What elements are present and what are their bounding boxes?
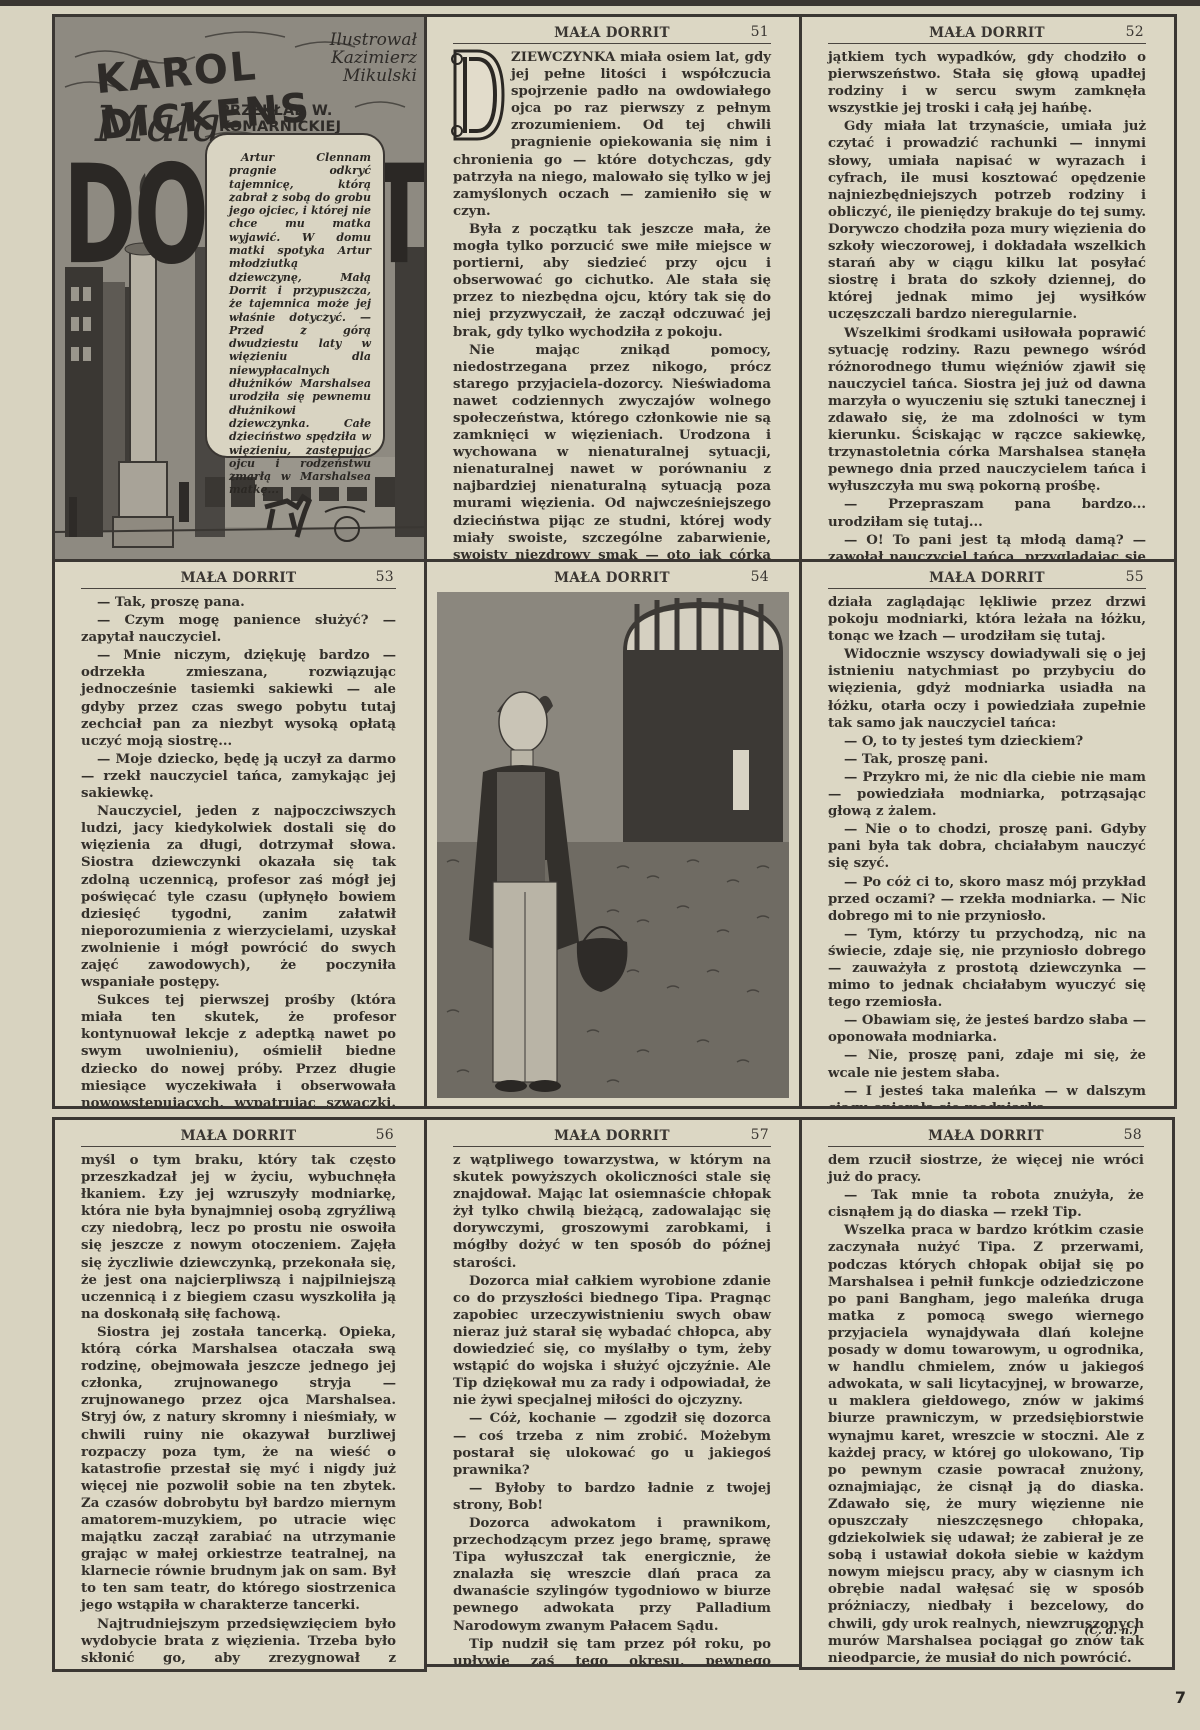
panel-58: MAŁA DORRIT 58 dem rzucił siostrze, że w… [799,1117,1175,1670]
paragraph: Najtrudniejszym przedsięwzięciem było wy… [81,1616,396,1672]
panel-number: 58 [1124,1127,1142,1143]
panel-header: MAŁA DORRIT 51 [453,23,771,44]
paragraph: Sukces tej pierwszej prośby (która miała… [81,992,396,1109]
paragraph: — O, to ty jesteś tym dzieckiem? [828,733,1146,750]
paragraph: — Nie o to chodzi, proszę pani. Gdyby pa… [828,821,1146,872]
paragraph: — Tak mnie ta robota znużyła, że cisnąłe… [828,1187,1144,1221]
drop-cap-d [449,47,501,139]
paragraph: Tip nudził się tam przez pół roku, po up… [453,1636,771,1667]
paragraph: — Cóż, kochanie — zgodził się dozorca — … [453,1410,771,1478]
paragraph: — Tak, proszę pani. [828,751,1146,768]
panel-text: działa zaglądając lękliwie przez drzwi p… [828,594,1146,1109]
paragraph: — Byłoby to bardzo ładnie z twojej stron… [453,1480,771,1514]
panel-number: 52 [1126,24,1144,40]
paragraph: — Po cóż ci to, skoro masz mój przykład … [828,874,1146,925]
paragraph: Wszelkimi środkami usiłowała poprawić sy… [828,325,1146,496]
synopsis-box: Artur Clennam pragnie odkryć tajemnicę, … [205,133,385,458]
to-be-continued: (C. d. n.) [1084,1624,1138,1637]
paragraph: — Moje dziecko, będę ją uczył za darmo —… [81,751,396,802]
panel-54: MAŁA DORRIT 54 [424,559,802,1109]
running-title: MAŁA DORRIT [453,25,771,41]
paragraph: — Tym, którzy tu przychodzą, nic na świe… [828,926,1146,1011]
paragraph: Gdy miała lat trzynaście, umiała już czy… [828,118,1146,323]
paragraph: Dozorca adwokatom i prawnikom, przechodz… [453,1515,771,1635]
paragraph: Nauczyciel, jeden z najpoczciwszych ludz… [81,803,396,991]
paragraph: jątkiem tych wypadków, gdy chodziło o pi… [828,49,1146,117]
panel-header: MAŁA DORRIT 53 [81,568,396,589]
panel-header: MAŁA DORRIT 54 [453,568,771,588]
paragraph: z wątpliwego towarzystwa, w którym na sk… [453,1152,771,1272]
paragraph: — Nie, proszę pani, zdaje mi się, że wca… [828,1047,1146,1081]
paragraph: Dozorca miał całkiem wyrobione zdanie co… [453,1273,771,1410]
panel-header: MAŁA DORRIT 55 [828,568,1146,589]
illustrator-line-2: Kazimierz [317,49,417,67]
panel-number: 53 [376,569,394,585]
panel-text: ZIEWCZYNKA miała osiem lat, gdy jej pełn… [453,49,771,562]
tip-illustration [437,592,789,1098]
running-title: MAŁA DORRIT [453,570,771,586]
illustrator-credit: Ilustrował Kazimierz Mikulski [317,31,417,85]
running-title: MAŁA DORRIT [453,1128,771,1144]
panel-number: 54 [751,569,769,585]
paragraph: — Tak, proszę pana. [81,594,396,611]
paragraph: Wszelka praca w bardzo krótkim czasie za… [828,1222,1144,1666]
panel-header: MAŁA DORRIT 56 [81,1126,396,1147]
panel-text: myśl o tym braku, który tak często przes… [81,1152,396,1672]
running-title: MAŁA DORRIT [81,570,396,586]
paragraph: Siostra jej została tancerką. Opieka, kt… [81,1324,396,1615]
paragraph: — Mnie niczym, dziękuję bardzo — odrzekł… [81,647,396,750]
panel-number: 55 [1126,569,1144,585]
panel-55: MAŁA DORRIT 55 działa zaglądając lękliwi… [799,559,1177,1109]
page-number: 7 [1175,1688,1186,1707]
illustrator-line-3: Mikulski [317,67,417,85]
paragraph: Była z początku tak jeszcze mała, że mog… [453,221,771,341]
panel-text: dem rzucił siostrze, że więcej nie wróci… [828,1152,1144,1668]
running-title: MAŁA DORRIT [828,570,1146,586]
paragraph: Widocznie wszyscy dowiadywali się o jej … [828,646,1146,731]
panel-56: MAŁA DORRIT 56 myśl o tym braku, który t… [52,1117,427,1672]
running-title: MAŁA DORRIT [828,25,1146,41]
running-title: MAŁA DORRIT [828,1128,1144,1144]
paragraph: myśl o tym braku, który tak często przes… [81,1152,396,1323]
panel-51: MAŁA DORRIT 51 ZIEWCZYNKA miała osiem la… [424,14,802,562]
running-title: MAŁA DORRIT [81,1128,396,1144]
paragraph: — I jesteś taka maleńka — w dalszym ciąg… [828,1083,1146,1109]
illustrator-line-1: Ilustrował [317,31,417,49]
paragraph: — Czym mogę panience służyć? — zapytał n… [81,612,396,646]
panel-number: 56 [376,1127,394,1143]
panel-text: jątkiem tych wypadków, gdy chodziło o pi… [828,49,1146,562]
paragraph: dem rzucił siostrze, że więcej nie wróci… [828,1152,1144,1186]
panel-header: MAŁA DORRIT 57 [453,1126,771,1147]
paragraph: Nie mając znikąd pomocy, niedostrzegana … [453,342,771,562]
top-edge [0,0,1200,6]
panel-header: MAŁA DORRIT 52 [828,23,1146,44]
paragraph: — Przykro mi, że nic dla ciebie nie mam … [828,769,1146,820]
panel-number: 51 [751,24,769,40]
paragraph: — Przepraszam pana bardzo... urodziłam s… [828,496,1146,530]
paragraph: — Obawiam się, że jesteś bardzo słaba — … [828,1012,1146,1046]
panel-53: MAŁA DORRIT 53 — Tak, proszę pana. — Czy… [52,559,427,1109]
panel-57: MAŁA DORRIT 57 z wątpliwego towarzystwa,… [424,1117,802,1667]
translation-credit: PRZEKŁAD W. KOMARNICKIEJ [219,103,424,135]
synopsis-text: Artur Clennam pragnie odkryć tajemnicę, … [229,151,371,497]
cover-panel: KAROL DICKENS Ilustrował Kazimierz Mikul… [52,14,427,562]
magazine-page: KAROL DICKENS Ilustrował Kazimierz Mikul… [0,0,1200,1730]
panel-number: 57 [751,1127,769,1143]
panel-text: z wątpliwego towarzystwa, w którym na sk… [453,1152,771,1667]
panel-52: MAŁA DORRIT 52 jątkiem tych wypadków, gd… [799,14,1177,562]
panel-text: — Tak, proszę pana. — Czym mogę panience… [81,594,396,1109]
panel-header: MAŁA DORRIT 58 [828,1126,1144,1147]
paragraph: — O! To pani jest tą młodą damą? — zawoł… [828,532,1146,562]
paragraph: działa zaglądając lękliwie przez drzwi p… [828,594,1146,645]
